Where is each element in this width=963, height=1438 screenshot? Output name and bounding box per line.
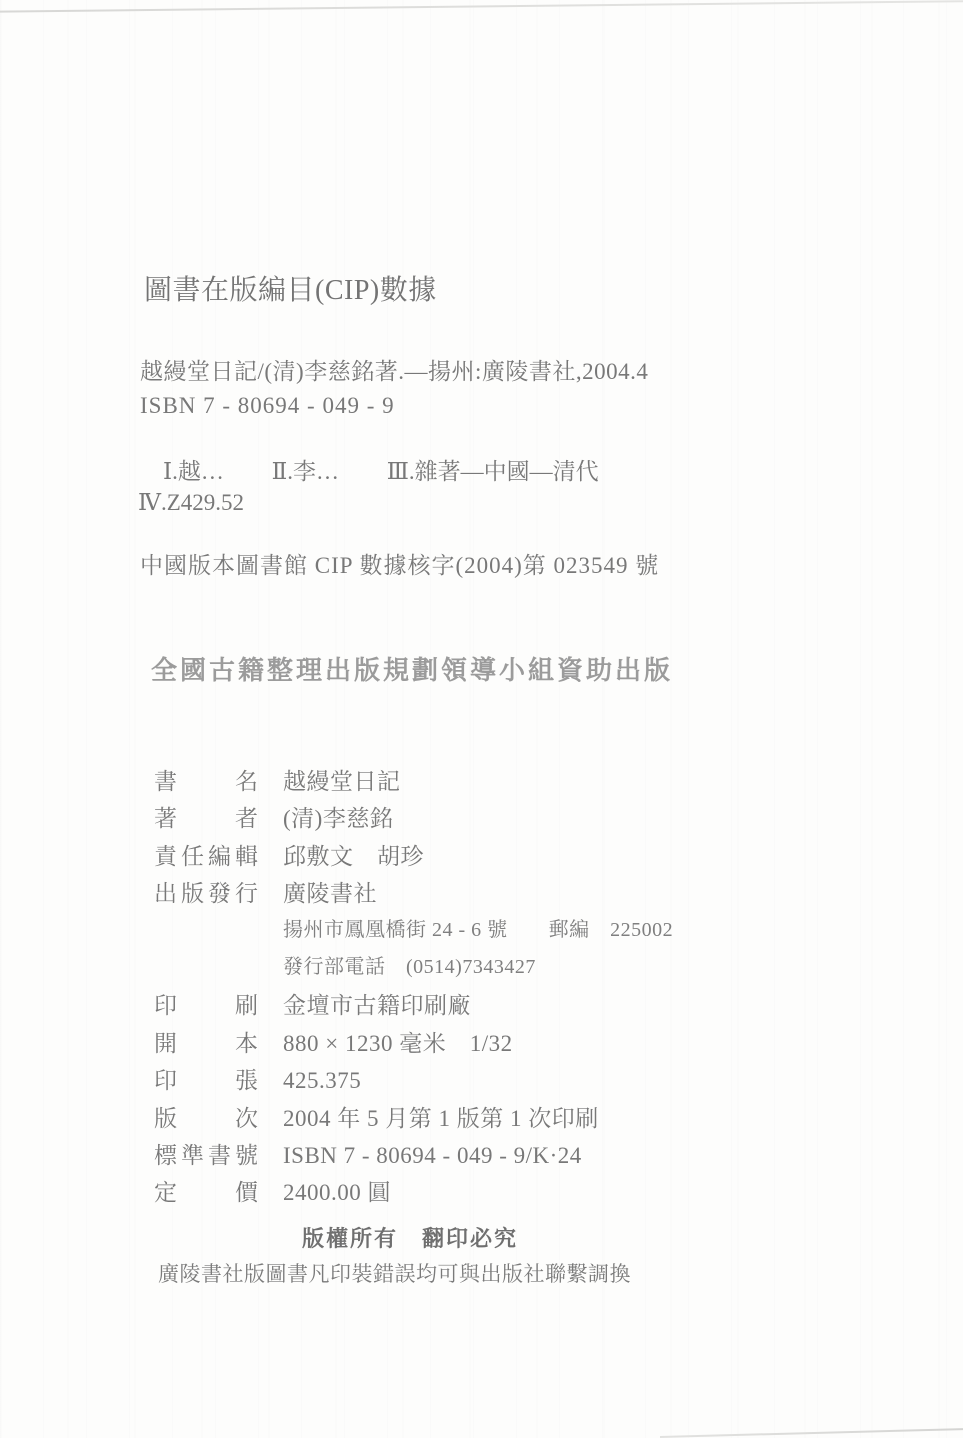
classification-segment-2: Ⅱ.李… [272,459,339,484]
row-label: 版次 [154,1100,258,1133]
row-label: 書名 [154,763,258,796]
row-value: 2004 年 5 月第 1 版第 1 次印刷 [283,1100,599,1133]
row-value: 廣陵書社 [283,875,377,908]
table-row-author: 著者 (清)李慈銘 [154,800,834,837]
table-row-address: 揚州市鳳凰橋街 24 - 6 號 郵編 225002 [154,913,834,950]
row-value: 揚州市鳳凰橋街 24 - 6 號 郵編 225002 [283,913,673,942]
classification-segment-3: Ⅲ.雜著—中國—清代 [387,459,599,484]
scan-edge-artifact-top [0,0,963,13]
classification-segment-1: Ⅰ.越… [163,459,224,484]
row-value: 880 × 1230 毫米 1/32 [283,1025,513,1058]
cip-classification-line: Ⅰ.越… Ⅱ.李… Ⅲ.雜著—中國—清代 [163,453,599,486]
colophon-table: 書名 越縵堂日記 著者 (清)李慈銘 責任編輯 邱敷文 胡珍 出版發行 廣陵書社… [154,763,834,1212]
row-label: 定價 [154,1174,258,1207]
table-row-standard-isbn: 標準書號 ISBN 7 - 80694 - 049 - 9/K·24 [154,1137,834,1174]
row-value: 金壇市古籍印刷廠 [283,987,471,1020]
table-row-edition: 版次 2004 年 5 月第 1 版第 1 次印刷 [154,1100,834,1137]
copyright-notice: 版權所有 翻印必究 [302,1222,518,1253]
row-value: 425.375 [283,1068,361,1094]
table-row-book-title: 書名 越縵堂日記 [154,763,834,800]
scan-edge-artifact-bottom [660,1425,963,1438]
row-value: 2400.00 圓 [283,1174,391,1207]
row-label: 開本 [154,1025,258,1058]
table-row-price: 定價 2400.00 圓 [154,1174,834,1211]
row-label: 印張 [154,1062,258,1095]
row-value: 越縵堂日記 [283,763,401,796]
row-value: ISBN 7 - 80694 - 049 - 9/K·24 [283,1143,582,1169]
cip-bibliographic-entry: 越縵堂日記/(清)李慈銘著.—揚州:廣陵書社,2004.4 [140,353,648,386]
funding-note: 全國古籍整理出版規劃領導小組資助出版 [151,650,673,687]
cip-isbn-number: ISBN 7 - 80694 - 049 - 9 [140,393,395,419]
cip-classification-number: Ⅳ.Z429.52 [138,490,244,516]
cip-title: 圖書在版編目(CIP)數據 [144,268,437,308]
table-row-printer: 印刷 金壇市古籍印刷廠 [154,987,834,1024]
table-row-sheets: 印張 425.375 [154,1062,834,1099]
row-label: 責任編輯 [154,838,258,871]
table-row-phone: 發行部電話 (0514)7343427 [154,950,834,987]
row-label: 著者 [154,800,258,833]
cip-record-number: 中國版本圖書館 CIP 數據核字(2004)第 023549 號 [140,547,659,580]
row-value: 邱敷文 胡珍 [283,838,424,871]
table-row-publisher: 出版發行 廣陵書社 [154,875,834,912]
table-row-editor: 責任編輯 邱敷文 胡珍 [154,838,834,875]
table-row-format: 開本 880 × 1230 毫米 1/32 [154,1025,834,1062]
row-label: 出版發行 [154,875,258,908]
row-label: 標準書號 [154,1137,258,1170]
row-value: 發行部電話 (0514)7343427 [283,950,536,979]
row-label: 印刷 [154,987,258,1020]
exchange-notice: 廣陵書社版圖書凡印裝錯誤均可與出版社聯繫調換 [158,1258,631,1288]
row-value: (清)李慈銘 [283,800,393,833]
